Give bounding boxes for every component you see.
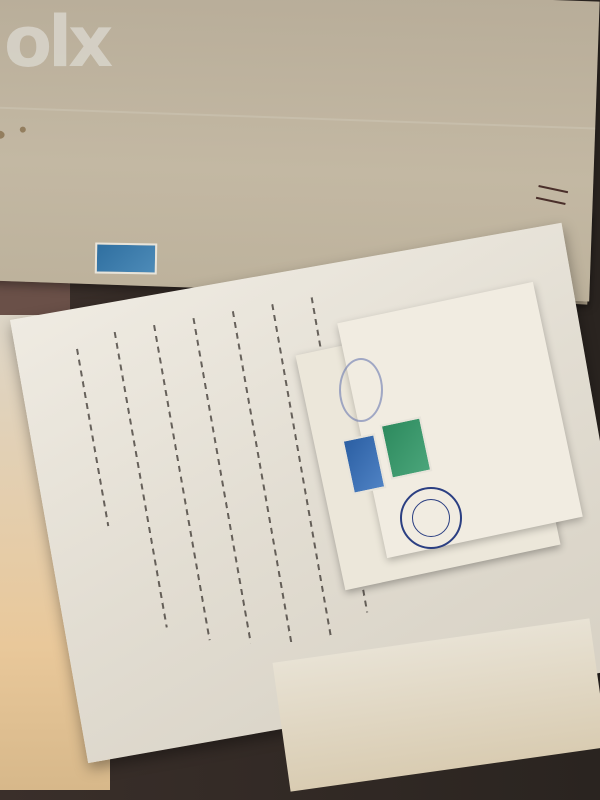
stain xyxy=(20,126,26,132)
official-seal-icon xyxy=(400,487,462,549)
handwriting-line xyxy=(114,332,168,628)
stain xyxy=(0,131,5,139)
olx-watermark-logo: olx xyxy=(4,2,109,82)
fold-crease xyxy=(0,106,595,130)
photo-scene: olx xyxy=(0,0,600,800)
blue-stamp xyxy=(95,242,158,274)
faint-seal xyxy=(339,358,383,422)
handwriting-line xyxy=(76,349,109,527)
